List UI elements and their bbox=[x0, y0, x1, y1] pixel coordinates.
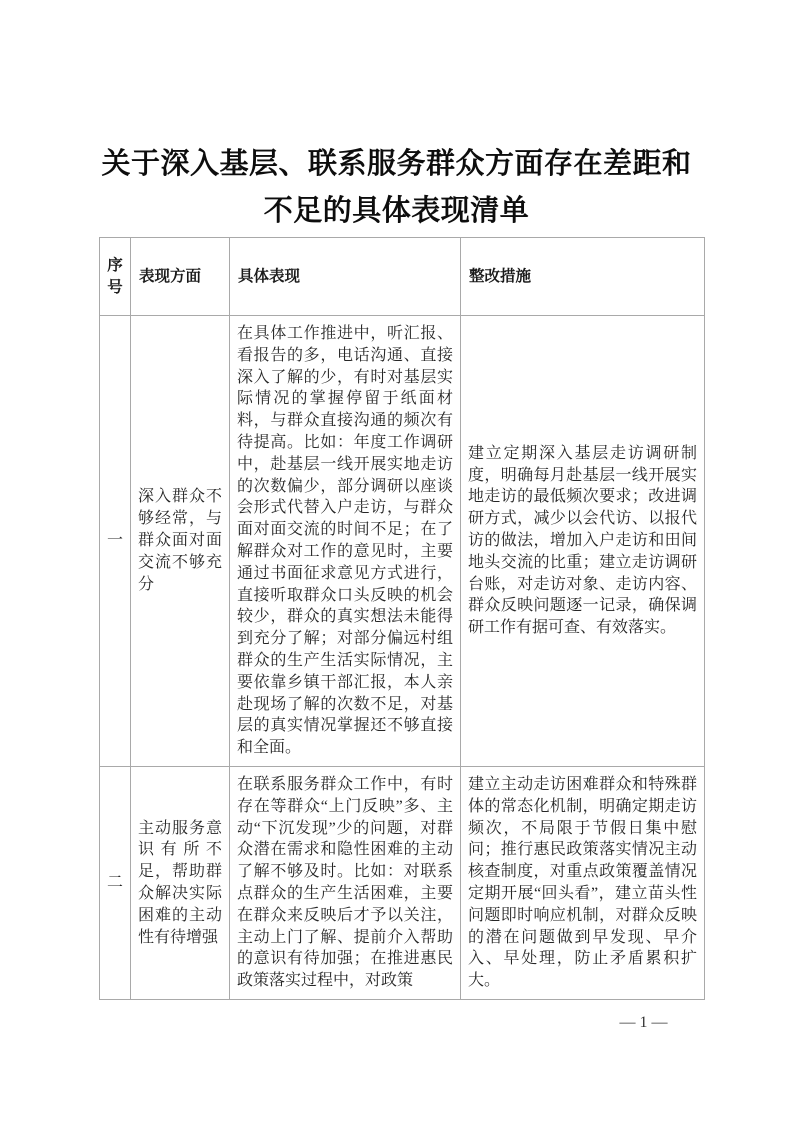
col-header-aspect: 表现方面 bbox=[131, 238, 230, 316]
table-row: 一 深入群众不够经常，与群众面对面交流不够充分 在具体工作推进中，听汇报、看报告… bbox=[100, 316, 705, 767]
measure-cell: 建立定期深入基层走访调研制度，明确每月赴基层一线开展实地走访的最低频次要求；改进… bbox=[461, 316, 705, 767]
page-title: 关于深入基层、联系服务群众方面存在差距和 不足的具体表现清单 bbox=[0, 141, 793, 235]
title-line-2: 不足的具体表现清单 bbox=[0, 188, 793, 235]
page-number: — 1 — bbox=[0, 1014, 793, 1032]
title-line-1: 关于深入基层、联系服务群众方面存在差距和 bbox=[0, 141, 793, 188]
table-header-row: 序号 表现方面 具体表现 整改措施 bbox=[100, 238, 705, 316]
detail-cell: 在具体工作推进中，听汇报、看报告的多，电话沟通、直接深入了解的少，有时对基层实际… bbox=[230, 316, 461, 767]
row-index-cell: 一 bbox=[100, 316, 131, 767]
detail-cell: 在联系服务群众工作中，有时存在等群众“上门反映”多、主动“下沉发现”少的问题，对… bbox=[230, 766, 461, 999]
aspect-cell: 主动服务意识有所不足，帮助群众解决实际困难的主动性有待增强 bbox=[131, 766, 230, 999]
issues-table: 序号 表现方面 具体表现 整改措施 一 深入群众不够经常，与群众面对面交流不够充… bbox=[99, 237, 705, 1000]
col-header-detail: 具体表现 bbox=[230, 238, 461, 316]
aspect-cell: 深入群众不够经常，与群众面对面交流不够充分 bbox=[131, 316, 230, 767]
table-row: 二 主动服务意识有所不足，帮助群众解决实际困难的主动性有待增强 在联系服务群众工… bbox=[100, 766, 705, 999]
measure-cell: 建立主动走访困难群众和特殊群体的常态化机制，明确定期走访频次，不局限于节假日集中… bbox=[461, 766, 705, 999]
col-header-index: 序号 bbox=[100, 238, 131, 316]
row-index-cell: 二 bbox=[100, 766, 131, 999]
col-header-measure: 整改措施 bbox=[461, 238, 705, 316]
page-number-text: — 1 — bbox=[620, 1014, 668, 1032]
document-page: 关于深入基层、联系服务群众方面存在差距和 不足的具体表现清单 序号 表现方面 具… bbox=[0, 0, 793, 1122]
